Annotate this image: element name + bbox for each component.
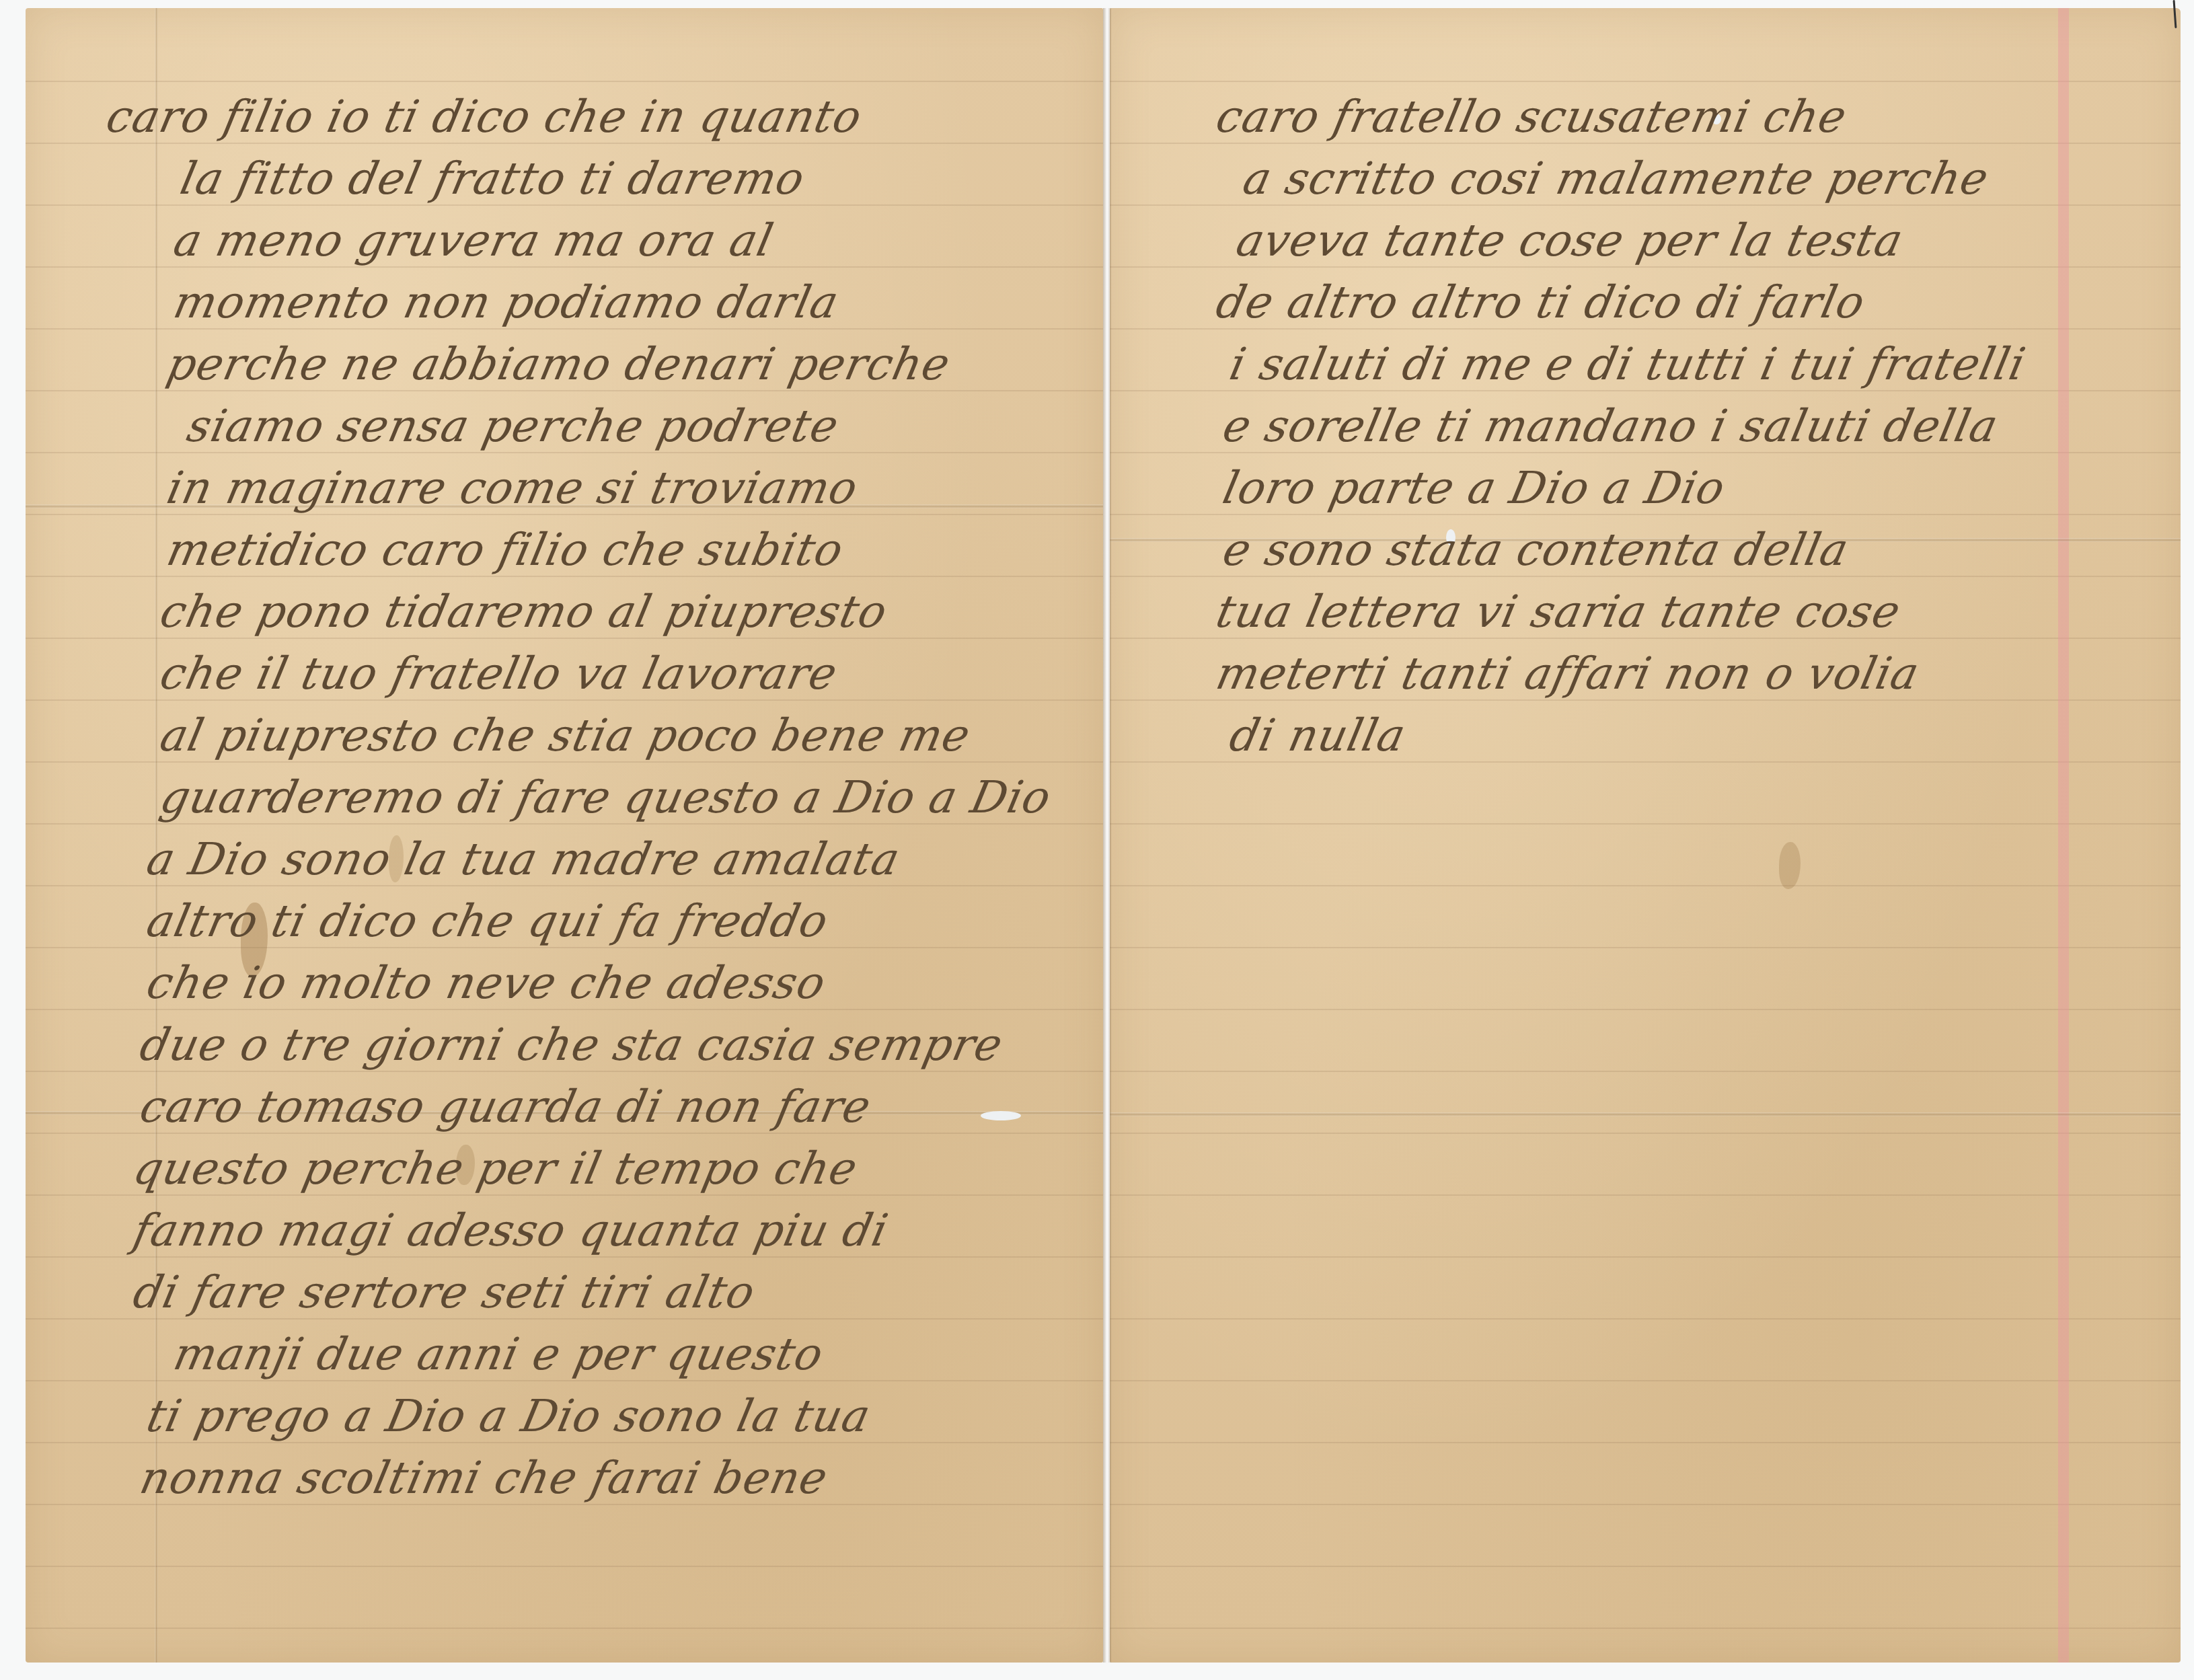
handwritten-line: metidico caro filio che subito xyxy=(161,519,1057,581)
handwritten-line: caro tomaso guarda di non fare xyxy=(135,1076,1057,1138)
horizontal-fold-line-lower xyxy=(1110,1112,2181,1116)
handwritten-line: meterti tanti affari non o volia xyxy=(1211,643,2031,705)
handwritten-line: fanno magi adesso quanta piu di xyxy=(128,1200,1057,1262)
center-fold xyxy=(1103,8,1111,1663)
pink-margin-rule xyxy=(2058,8,2069,1663)
handwritten-line: aveva tante cose per la testa xyxy=(1231,210,2031,272)
handwritten-line: de altro altro ti dico di farlo xyxy=(1211,272,2031,334)
handwritten-line: i saluti di me e di tutti i tui fratelli xyxy=(1224,334,2031,395)
handwritten-line: a scritto cosi malamente perche xyxy=(1238,148,2031,210)
handwritten-line: che il tuo fratello va lavorare xyxy=(155,643,1057,705)
handwritten-line: e sono stata contenta della xyxy=(1217,519,2031,581)
handwritten-line: che io molto neve che adesso xyxy=(141,952,1057,1014)
handwritten-line: due o tre giorni che sta casia sempre xyxy=(135,1014,1057,1076)
handwritten-line: questo perche per il tempo che xyxy=(128,1138,1057,1200)
handwritten-line: a meno gruvera ma ora al xyxy=(168,210,1057,272)
handwritten-line: guarderemo di fare questo a Dio a Dio xyxy=(155,767,1057,829)
handwritten-line: ti prego a Dio a Dio sono la tua xyxy=(141,1385,1057,1447)
handwritten-line: caro fratello scusatemi che xyxy=(1211,86,2031,148)
handwritten-line: in maginare come si troviamo xyxy=(161,457,1057,519)
handwritten-line: tua lettera vi saria tante cose xyxy=(1211,581,2031,643)
handwritten-line: manji due anni e per questo xyxy=(168,1324,1057,1385)
handwritten-line: e sorelle ti mandano i saluti della xyxy=(1217,395,2031,457)
handwritten-line: caro filio io ti dico che in quanto xyxy=(101,86,1057,148)
handwritten-line: che pono tidaremo al piupresto xyxy=(155,581,1057,643)
handwritten-line: nonna scoltimi che farai bene xyxy=(135,1447,1057,1509)
handwritten-line: momento non podiamo darla xyxy=(168,272,1057,334)
handwritten-line: perche ne abbiamo denari perche xyxy=(161,334,1057,395)
handwritten-line: siamo sensa perche podrete xyxy=(182,395,1057,457)
left-page-handwriting: caro filio io ti dico che in quanto la f… xyxy=(101,86,1044,1509)
handwritten-line: altro ti dico che qui fa freddo xyxy=(141,890,1057,952)
handwritten-line: al piupresto che stia poco bene me xyxy=(155,705,1057,767)
handwritten-line: di fare sertore seti tiri alto xyxy=(128,1262,1057,1324)
handwritten-line: la fitto del fratto ti daremo xyxy=(175,148,1057,210)
handwritten-line: a Dio sono la tua madre amalata xyxy=(141,829,1057,890)
handwritten-line: loro parte a Dio a Dio xyxy=(1217,457,2031,519)
right-page-handwriting: caro fratello scusatemi che a scritto co… xyxy=(1211,86,2018,767)
handwritten-line: di nulla xyxy=(1224,705,2031,767)
